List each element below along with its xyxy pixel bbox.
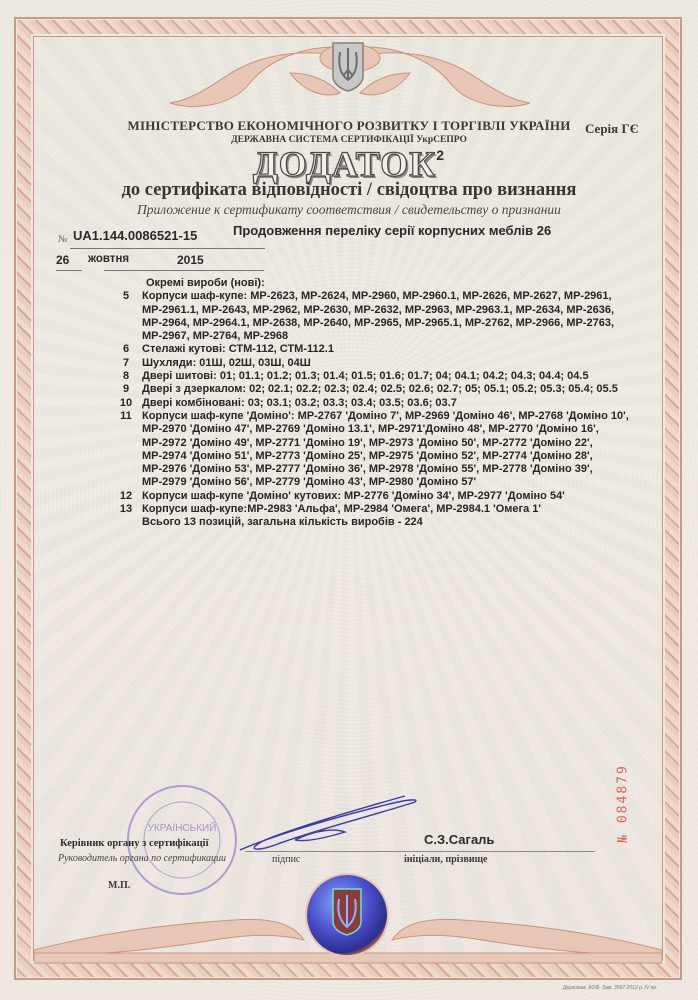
continuation-heading: Продовження переліку серії корпусних меб… [233,223,551,238]
certificate-page: МІНІСТЕРСТВО ЕКОНОМІЧНОГО РОЗВИТКУ І ТОР… [0,0,698,1000]
title-superscript: 2 [436,147,445,163]
list-item: 5Корпуси шаф-купе: МР-2623, МР-2624, МР-… [110,290,630,343]
signature-line [245,851,595,852]
list-item: 11Корпуси шаф-купе 'Доміно': МР-2767 'До… [110,410,630,490]
item-number: 10 [110,397,142,410]
item-number: 9 [110,383,142,396]
number-underline [70,248,265,249]
item-text: Стелажі кутові: СТМ-112, СТМ-112.1 [142,343,630,356]
item-text: Корпуси шаф-купе 'Доміно' кутових: МР-27… [142,490,630,503]
date-year: 2015 [177,253,204,267]
signatory-name: С.З.Сагаль [424,832,494,847]
item-number: 12 [110,490,142,503]
list-total: Всього 13 позицій, загальна кількість ви… [110,516,630,529]
list-item: 8Двері шитові: 01; 01.1; 01.2; 01.3; 01.… [110,370,630,383]
item-text: Двері шитові: 01; 01.1; 01.2; 01.3; 01.4… [142,370,630,383]
stamp-text: УКРАЇНСЬКИЙ [148,821,217,834]
item-text: Корпуси шаф-купе 'Доміно': МР-2767 'Домі… [142,410,630,490]
hologram-seal [307,875,387,955]
subtitle-ukrainian: до сертифіката відповідності / свідоцтва… [0,180,698,201]
signatory-label-russian: Руководитель органа по сертификации [58,853,226,864]
name-caption: ініціали, прізвище [404,854,487,865]
date-day: 26 [56,253,69,267]
list-item: 7Шухляди: 01Ш, 02Ш, 03Ш, 04Ш [110,357,630,370]
serial-number: № 084879 [616,741,631,867]
item-number: 13 [110,503,142,516]
list-item: 6Стелажі кутові: СТМ-112, СТМ-112.1 [110,343,630,356]
list-heading: Окремі вироби (нові): [110,277,630,290]
signatory-label-ukrainian: Керівник органу з сертифікації [60,838,209,849]
trident-hologram-icon [307,875,387,955]
signature-caption: підпис [272,854,300,865]
trident-emblem-icon [330,40,366,92]
item-text: Корпуси шаф-купе:МР-2983 'Альфа', МР-298… [142,503,630,516]
item-number: 5 [110,290,142,343]
seal-label: М.П. [108,880,130,891]
item-text: Шухляди: 01Ш, 02Ш, 03Ш, 04Ш [142,357,630,370]
item-number: 8 [110,370,142,383]
item-number: 7 [110,357,142,370]
list-item: 12Корпуси шаф-купе 'Доміно' кутових: МР-… [110,490,630,503]
list-item: 13Корпуси шаф-купе:МР-2983 'Альфа', МР-2… [110,503,630,516]
product-list: Окремі вироби (нові): 5Корпуси шаф-купе:… [110,277,630,530]
date-underline-month [104,270,264,271]
item-text: Двері комбіновані: 03; 03.1; 03.2; 03.3;… [142,397,630,410]
item-text: Двері з дзеркалом: 02; 02.1; 02.2; 02.3;… [142,383,630,396]
series-label: Серія ГЄ [585,121,639,137]
list-item: 9Двері з дзеркалом: 02; 02.1; 02.2; 02.3… [110,383,630,396]
title-text: ДОДАТОК [253,144,436,184]
handwritten-signature [235,790,425,860]
date-underline-day [56,270,82,271]
date-month: жовтня [88,253,129,265]
document-title: ДОДАТОК2 [0,143,698,185]
item-number: 11 [110,410,142,490]
item-text: Корпуси шаф-купе: МР-2623, МР-2624, МР-2… [142,290,630,343]
item-number: 6 [110,343,142,356]
certificate-number: UA1.144.0086521-15 [73,228,197,243]
list-item: 10Двері комбіновані: 03; 03.1; 03.2; 03.… [110,397,630,410]
subtitle-russian: Приложение к сертификату соответствия / … [0,202,698,218]
printer-imprint: Держзнак. КОФ. Зам. 3567 2012 р. IV кв. [563,985,657,991]
number-label: № [58,234,68,245]
